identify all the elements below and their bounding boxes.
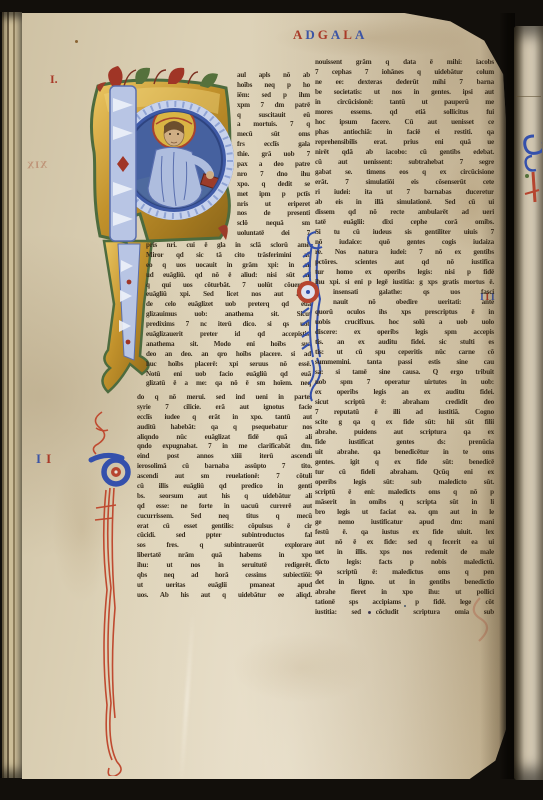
- text-line: reprehensibilis erat. prius eni quã ue: [315, 138, 494, 148]
- text-line: glizauimus uob: anathema sit. Sicut: [146, 310, 311, 320]
- text-line: tatē euãglii: dixi cephe corã omibs.: [315, 218, 494, 228]
- text-line: euãglizauerit preter id qd accepistis:: [146, 330, 311, 340]
- text-line: be societatis: ut nos in gentes. ipsi au…: [315, 88, 494, 98]
- right-column-lower: quorũ oculos ihs xps prescriptus ē inuob…: [315, 308, 494, 618]
- manuscript-photo: ADGALA I. II III XIX: [0, 0, 543, 800]
- book-gutter-shadow: [499, 13, 515, 779]
- chapter-numeral-letter: I: [491, 292, 496, 303]
- running-title-letter: A: [331, 27, 343, 42]
- text-line: cũ illis euãgliũ qd predico in genti: [137, 482, 312, 492]
- text-line: abrahe. puidens aut scriptura qa ex: [315, 428, 494, 438]
- text-line: xpo. q dedit se: [237, 180, 310, 190]
- text-line: pax a deo patre: [237, 160, 310, 170]
- running-title-letter: L: [343, 27, 355, 42]
- chapter-numeral-2: II: [36, 451, 56, 467]
- text-line: ihu xpi. si eni p legē iustitia: g xps g…: [315, 278, 494, 288]
- text-line: uit abrahe. qa benedicētur in te oms: [315, 448, 494, 458]
- left-column-beside-stem: pris nri. cui ē gla in sclã sclorũ amē.M…: [146, 241, 311, 389]
- text-line: pctõres. scientes aut qd nõ iustifica: [315, 258, 494, 268]
- running-title: ADGALA: [293, 27, 367, 43]
- text-line: erãt. 7 simulatiõi eis cõsenserũt cete: [315, 178, 494, 188]
- chapter-numeral-3: III: [480, 292, 496, 303]
- running-title-letter: G: [318, 27, 331, 42]
- text-line: hoĩbs neq p ho: [237, 81, 310, 91]
- chapter-numeral-letter: I: [485, 292, 490, 303]
- text-line: Miror qd sic tã cito trãsferimini ab: [146, 251, 311, 261]
- text-line: operibs legis sũt: sub maledicto sũt.: [315, 478, 494, 488]
- text-line: scriptũ ē eni: maledicts oms q nõ p: [315, 488, 494, 498]
- text-line: ne ee: dexteras dederũt mihi 7 barna: [315, 78, 494, 88]
- text-line: thie. grã uob 7: [237, 150, 310, 160]
- text-line: tur cũ fideli abraham. Qcũq eni ex: [315, 468, 494, 478]
- text-line: scite g qa q ex fide sũt: hii sũt filii: [315, 418, 494, 428]
- text-line: insensati galathe: qs uos fasci: [315, 288, 494, 298]
- manuscript-page: ADGALA I. II III XIX: [22, 13, 506, 779]
- text-line: deo an deo. an qro hoĩbs placere. si ad: [146, 350, 311, 360]
- text-line: 7 cephas 7 iohãnes q uidebãtur colum: [315, 68, 494, 78]
- text-line: huc hoĩbs placerē: xpi seruus nõ essē.: [146, 359, 311, 369]
- text-line: uos. Ab his aut q uidebãtur ee aliqd.: [137, 591, 312, 601]
- text-line: ut ueritas euãglii pmaneat apud: [137, 581, 312, 591]
- left-column-lower: do q nõ merui. sed ind ueni in partessyr…: [137, 393, 312, 601]
- text-line: summemini. tanta passi estis sine cau: [315, 358, 494, 368]
- text-line: qa scriptũ ē: maledictus oms q pen: [315, 568, 494, 578]
- text-line: nirēt qdã ab iacobo: cũ gentibs edebat.: [315, 148, 494, 158]
- text-line: tis. an ex auditu fidei. sic stulti es: [315, 338, 494, 348]
- marginal-initial-D-flourish-icon: [86, 408, 142, 776]
- text-line: iẽm: sed p ihm: [237, 91, 310, 101]
- text-line: aul apls nõ ab: [237, 71, 310, 81]
- text-line: mores essems. qd etiã sollicitus fui: [315, 108, 494, 118]
- next-page-initial-fragment-icon: [519, 130, 542, 210]
- text-line: frs ecclĩs gala: [237, 140, 310, 150]
- running-title-letter: D: [305, 27, 317, 42]
- text-line: pris nri. cui ē gla in sclã sclorũ amē.: [146, 241, 311, 251]
- text-line: ascendi aut sm reuelationē: 7 cõtuli: [137, 472, 312, 482]
- text-line: predixims 7 nc iterũ dico. si qs uob: [146, 320, 311, 330]
- text-line: bro legis ut faciat ea. qm aut in le: [315, 508, 494, 518]
- chapter-numeral-letter: I: [36, 451, 46, 466]
- text-line: Si tu cũ iudeus sis gentiliter uiuis 7: [315, 228, 494, 238]
- text-line: nouissent grãm q data ē mihi: iacobs: [315, 58, 494, 68]
- left-column-beside-initial: aul apls nõ abhoĩbs neq p hoiẽm: sed p i…: [237, 71, 310, 239]
- running-title-letter: A: [293, 27, 305, 42]
- text-line: qbs neq ad horã cessims subiectiõi:: [137, 571, 312, 581]
- text-line: gabat se. timens eos q ex circũcisione: [315, 168, 494, 178]
- text-line: ierosolimã cũ barnaba assũpto 7 tito.: [137, 462, 312, 472]
- parchment-stain: [232, 633, 372, 703]
- text-line: quorũ oculos ihs xps prescriptus ē in: [315, 308, 494, 318]
- text-line: libertatē nrãm quã habems in xpo: [137, 551, 312, 561]
- text-line: anathema sit. Modo eni hoĩbs sua: [146, 340, 311, 350]
- text-line: cũ aut uenissent: subtrahebat 7 segre: [315, 158, 494, 168]
- text-line: uobis crucifixus. hoc solũ a uob uolo: [315, 318, 494, 328]
- text-line: qd esse: ne forte in uacuũ currerē aut: [137, 502, 312, 512]
- text-line: ge nemo iustificatur apud dm: mani: [315, 518, 494, 528]
- text-line: uet in illis. xps nos redemit de male: [315, 548, 494, 558]
- text-line: 7 reputatũ ē illi ad iustitiã. Cogno: [315, 408, 494, 418]
- text-line: discere: ex operibs legis spm accepis: [315, 328, 494, 338]
- parchment-crease: [179, 613, 195, 785]
- chapter-numeral-letter: I: [46, 451, 56, 466]
- text-line: nro 7 dno ihu: [237, 170, 310, 180]
- brown-speck: [75, 40, 78, 43]
- text-line: nauit nõ obedire ueritati: ante: [315, 298, 494, 308]
- text-line: tur homo ex operibs legis: nisi p fidē: [315, 268, 494, 278]
- text-line: cucurrissem. Sed neq titus q mecũ: [137, 511, 312, 521]
- text-line: do q nõ merui. sed ind ueni in partes: [137, 393, 312, 403]
- text-line: det in ligno. ut in gentibs benedictio: [315, 578, 494, 588]
- text-line: ud euãgliũ. qd nõ ē aliud: nisi sũt ali: [146, 270, 311, 280]
- show-through-numeral: XIX: [26, 160, 48, 172]
- text-line: sicut scriptũ ē: abraham credidit deo: [315, 398, 494, 408]
- running-title-letter: A: [355, 27, 367, 42]
- text-line: gentes. igit q ex fide sũt: benedicē: [315, 458, 494, 468]
- text-line: dicto legis: facts p nobis maledictũ.: [315, 558, 494, 568]
- chapter-numeral-letter: I: [480, 292, 485, 303]
- next-page-edge: [514, 26, 543, 780]
- text-line: ihu: ut nos in seruitutē redigerēt.: [137, 561, 312, 571]
- text-line: ex operibs legis an ex auditu fidei.: [315, 388, 494, 398]
- text-line: auditũ habebãt: qa q psequebatur nos: [137, 422, 312, 432]
- text-line: met ipm p pctĩs: [237, 189, 310, 199]
- text-line: dissem qd nõ recte ambularēt ad ueri: [315, 208, 494, 218]
- show-through-flourish-icon: [468, 596, 492, 646]
- right-column-upper: nouissent grãm q data ē mihi: iacobs7 ce…: [315, 58, 494, 288]
- text-line: nõ iudaice: quõ gentes cogis iudaiza: [315, 238, 494, 248]
- text-line: fide iustificat gentes ds: prenũcia: [315, 438, 494, 448]
- text-line: phas antiochiã: in faciē ei restiti. qa: [315, 128, 494, 138]
- text-line: glizatũ ē a me: qa nõ ē sm hoĩem. neq: [146, 379, 311, 389]
- text-line: re. Nos natura iudei: 7 nõ ex gentibs: [315, 248, 494, 258]
- text-line: ab eis in illã simulationē. Sed cũ ui: [315, 198, 494, 208]
- text-line: eo q uos uocauit in grãm xpi: in ali: [146, 261, 311, 271]
- text-line: festũ ē. qa iustus ex fide uiuit. lex: [315, 528, 494, 538]
- text-line: in circũcisionē: tantũ ut pauperũ me: [315, 98, 494, 108]
- text-line: ecclĩs iudee q erãt in xpo. tantũ aut: [137, 413, 312, 423]
- ruling-line: [516, 96, 541, 97]
- text-line: ri iudei: ita ut 7 barnabas duceretur: [315, 188, 494, 198]
- book-page-edges: [0, 12, 22, 778]
- chapter-numeral-1: I.: [50, 72, 58, 87]
- text-line: tis: ut cũ spu ceperitis nũc carne cõ: [315, 348, 494, 358]
- text-line: uob spm 7 operatur uirtutes in uob:: [315, 378, 494, 388]
- text-line: hoc ipsum facere. Cũ aut uenisset ce: [315, 118, 494, 128]
- text-line: bs. seorsum aut his q uidebãtur ali: [137, 492, 312, 502]
- text-line: sa: si tamē sine causa. Q ergo tribuit: [315, 368, 494, 378]
- text-line: syrie 7 cilicie. erã aut ignotus facie: [137, 403, 312, 413]
- right-column-inset-beside-O: insensati galathe: qs uos fascinauit nõ …: [315, 288, 494, 308]
- text-line: aut nõ ē ex fide: sed q fecerit ea ui: [315, 538, 494, 548]
- text-line: mãserit in omibs q scripta sũt in li: [315, 498, 494, 508]
- text-line: xpm 7 dm patrē: [237, 100, 310, 110]
